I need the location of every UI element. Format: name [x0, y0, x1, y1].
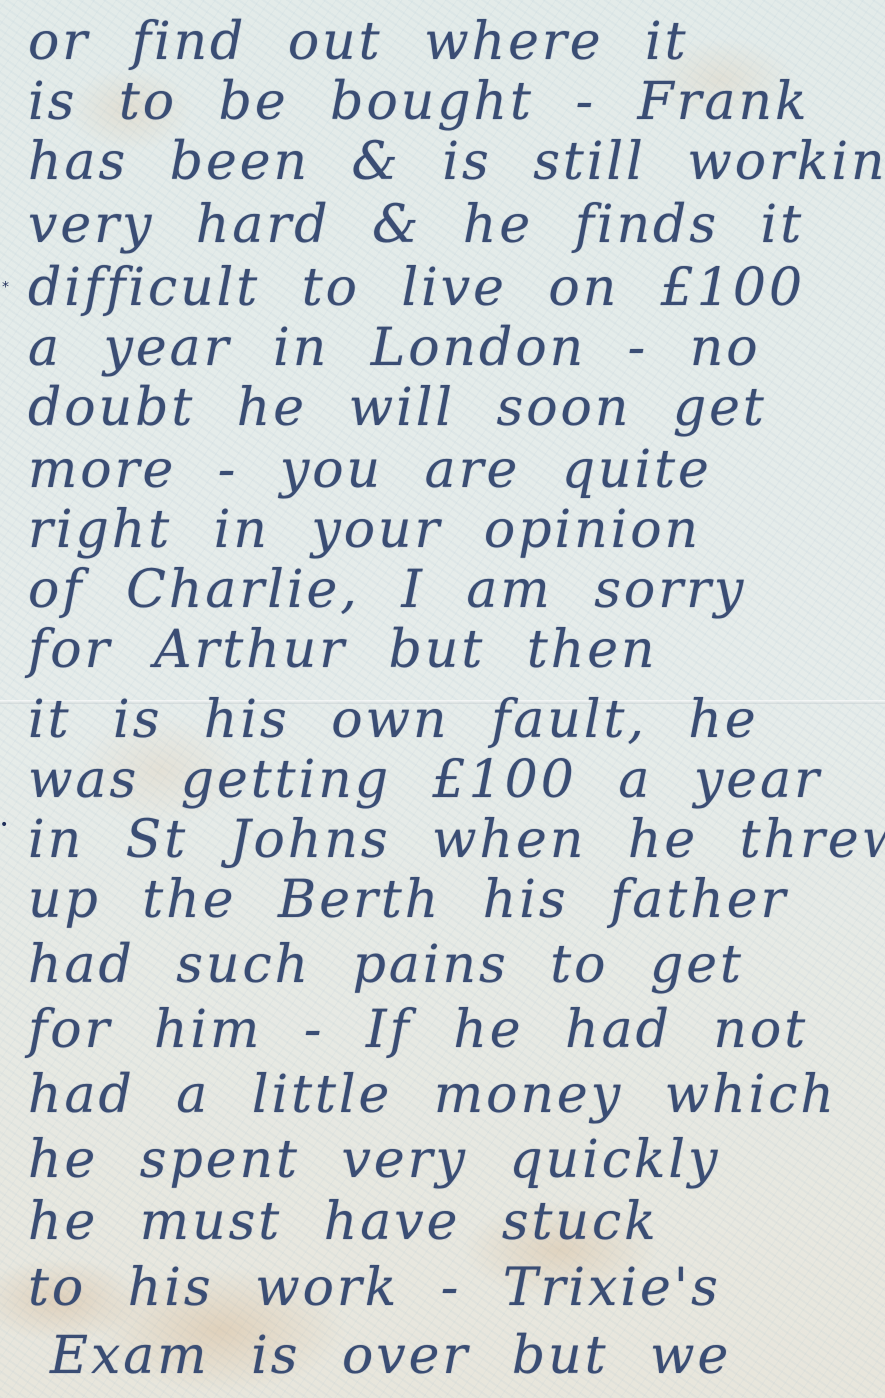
text-line: for Arthur but then	[28, 620, 875, 678]
text-line: it is his own fault, he	[28, 690, 875, 748]
text-line: to his work - Trixie's	[28, 1258, 875, 1316]
text-line: had a little money which	[28, 1065, 875, 1123]
text-line: difficult to live on £100	[28, 258, 875, 316]
text-line: he must have stuck	[28, 1192, 875, 1250]
text-line: is to be bought - Frank	[28, 72, 875, 130]
text-line: was getting £100 a year	[28, 750, 875, 808]
text-line: right in your opinion	[28, 500, 875, 558]
text-line: of Charlie, I am sorry	[28, 560, 875, 618]
text-line: doubt he will soon get	[28, 378, 875, 436]
text-line: in St Johns when he threw	[28, 810, 875, 868]
letter-page: ⁎ • or find out where it is to be bought…	[0, 0, 885, 1398]
text-line: Exam is over but we	[50, 1326, 875, 1384]
text-line: or find out where it	[28, 12, 875, 70]
text-line: he spent very quickly	[28, 1130, 875, 1188]
margin-mark: ⁎	[2, 276, 9, 290]
text-line: more - you are quite	[28, 440, 875, 498]
margin-mark: •	[0, 818, 8, 832]
text-line: for him - If he had not	[28, 1000, 875, 1058]
text-line: very hard & he finds it	[28, 195, 875, 253]
text-line: a year in London - no	[28, 318, 875, 376]
text-line: has been & is still working	[28, 132, 875, 190]
text-line: had such pains to get	[28, 935, 875, 993]
text-line: up the Berth his father	[28, 870, 875, 928]
